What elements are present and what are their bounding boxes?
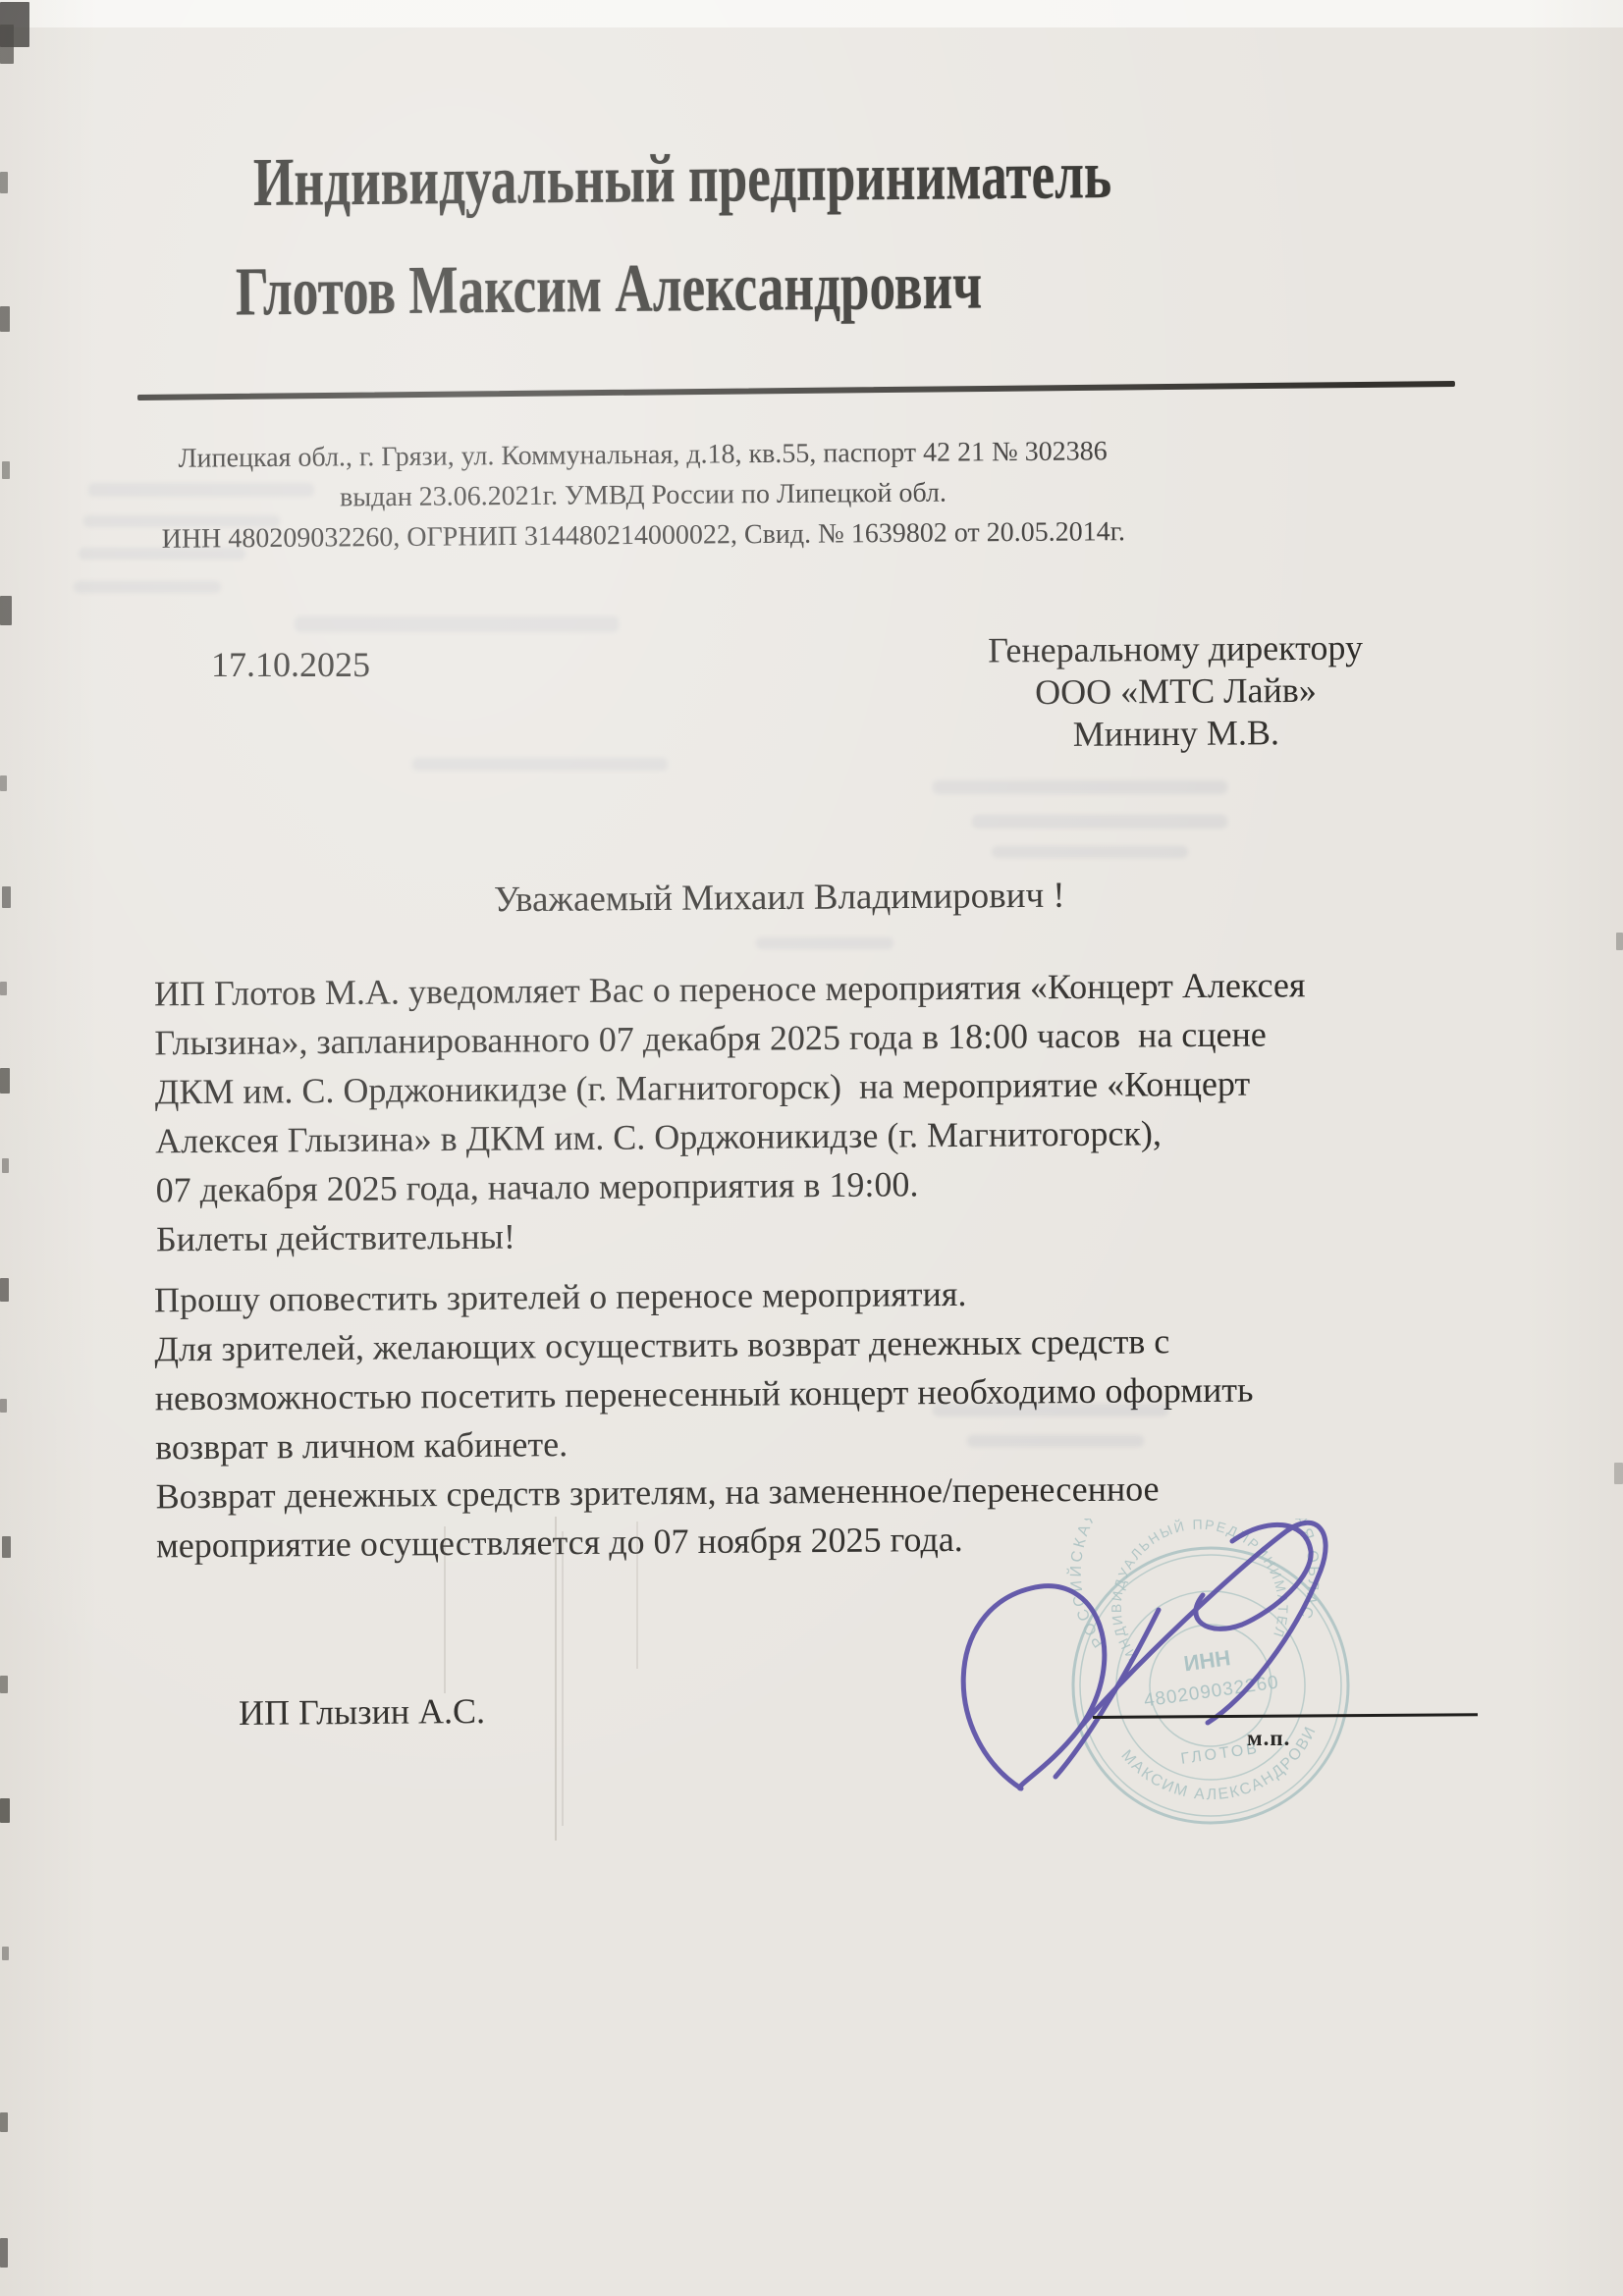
letterhead-divider [137, 381, 1455, 400]
paper-crease [444, 1526, 446, 1693]
seal-place-label: м.п. [1247, 1726, 1290, 1751]
address-line: ИНН 480209032260, ОГРНИП 314480214000022… [157, 511, 1129, 560]
salutation: Уважаемый Михаил Владимирович ! [494, 875, 1065, 923]
bleed-through-smudge [756, 937, 893, 949]
letterhead-title-text2: Глотов Максим Александрович [236, 244, 983, 335]
scan-artifact [0, 596, 12, 625]
bleed-through-smudge [295, 616, 619, 632]
scan-artifact [0, 2112, 8, 2132]
bleed-through-smudge [74, 581, 221, 593]
handwritten-signature [943, 1502, 1355, 1816]
body-paragraph-1: ИП Глотов М.А. уведомляет Вас о переносе… [154, 961, 1256, 1264]
recipient-line: Минину М.В. [987, 711, 1365, 756]
scan-artifact [0, 1278, 9, 1302]
scan-artifact [0, 306, 10, 332]
letter-date: 17.10.2025 [211, 643, 370, 686]
scan-artifact [2, 1158, 9, 1173]
scan-artifact [0, 1676, 8, 1693]
scan-artifact [1614, 1463, 1623, 1484]
bleed-through-smudge [412, 758, 668, 771]
scan-artifact [2, 1536, 11, 1558]
paper-crease [562, 1531, 564, 1826]
bleed-through-smudge [933, 1404, 1168, 1416]
scan-artifact [2, 461, 10, 479]
letterhead-title-line1: Индивидуальный предприниматель [118, 137, 992, 221]
scan-artifact [2, 1947, 9, 1960]
scan-edge-strip [0, 0, 1623, 27]
scan-artifact [0, 982, 7, 995]
signer-name: ИП Глызин А.С. [239, 1689, 485, 1735]
address-line: Липецкая обл., г. Грязи, ул. Коммунальна… [157, 431, 1129, 479]
body-line: Глызина», запланированного 07 декабря 20… [154, 1010, 1254, 1068]
scan-artifact [0, 775, 7, 791]
letterhead-title-line2: Глотов Максим Александрович [118, 247, 992, 331]
body-line: Билеты действительны! [156, 1206, 1256, 1264]
paper-crease [636, 1522, 638, 1669]
scan-artifact [0, 1798, 10, 1823]
bleed-through-smudge [967, 1435, 1144, 1447]
body-line: Алексея Глызина» в ДКМ им. С. Орджоникид… [155, 1108, 1255, 1166]
bleed-through-smudge [933, 780, 1227, 794]
recipient-line: ООО «МТС Лайв» [987, 668, 1365, 714]
scanned-letter-page: Индивидуальный предприниматель Глотов Ма… [0, 0, 1623, 2296]
scan-artifact [2, 886, 11, 908]
recipient-block: Генеральному директору ООО «МТС Лайв» Ми… [986, 626, 1365, 756]
body-line: Прошу оповестить зрителей о переносе мер… [154, 1267, 1254, 1325]
body-line: Для зрителей, желающих осуществить возвр… [154, 1316, 1254, 1374]
bleed-through-smudge [88, 483, 314, 497]
body-line: ДКМ им. С. Орджоникидзе (г. Магнитогорск… [155, 1059, 1255, 1117]
paper-crease [555, 1517, 557, 1841]
scan-artifact [0, 2238, 8, 2268]
bleed-through-smudge [992, 846, 1188, 858]
bleed-through-smudge [79, 548, 245, 560]
bleed-through-smudge [972, 815, 1227, 828]
letterhead-title-text1: Индивидуальный предприниматель [253, 133, 1111, 225]
recipient-line: Генеральному директору [986, 626, 1364, 671]
body-line: ИП Глотов М.А. уведомляет Вас о переносе… [154, 961, 1254, 1019]
scan-artifact [0, 25, 14, 64]
body-line: 07 декабря 2025 года, начало мероприятия… [155, 1157, 1255, 1215]
scan-artifact [1616, 933, 1623, 950]
scan-artifact [0, 1399, 7, 1413]
bleed-through-smudge [83, 515, 280, 527]
scan-artifact [0, 172, 8, 193]
scan-artifact [0, 1068, 10, 1094]
